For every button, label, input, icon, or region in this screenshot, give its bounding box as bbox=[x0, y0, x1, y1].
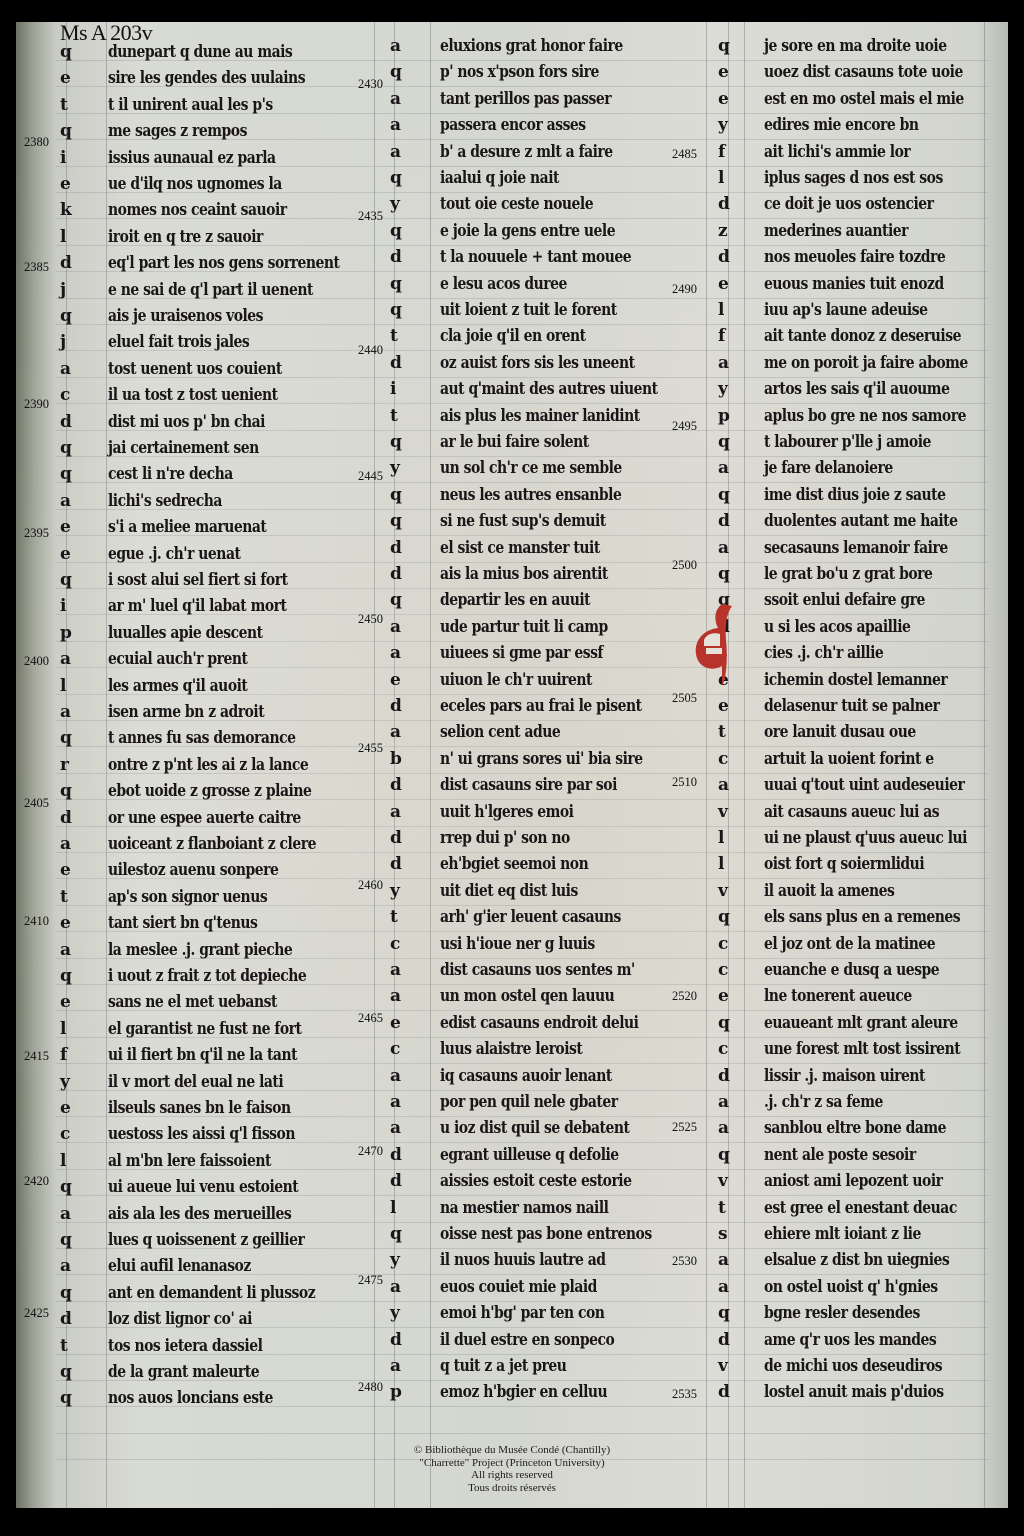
manuscript-line: ais plus les mainer lanidint bbox=[440, 406, 640, 426]
line-initial: z bbox=[718, 221, 728, 241]
manuscript-line: aniost ami lepozent uoir bbox=[764, 1171, 943, 1191]
manuscript-line: passera encor asses bbox=[440, 115, 586, 135]
manuscript-line: ui il fiert bn q'il ne la tant bbox=[108, 1045, 297, 1065]
manuscript-line: dist mi uos p' bn chai bbox=[108, 412, 265, 432]
line-initial: e bbox=[718, 62, 729, 82]
line-initial: d bbox=[60, 808, 72, 828]
manuscript-line: euos couiet mie plaid bbox=[440, 1277, 597, 1297]
copyright-line: All rights reserved bbox=[0, 1469, 1024, 1482]
line-number: 2450 bbox=[358, 612, 383, 627]
manuscript-line: por pen quil nele gbater bbox=[440, 1092, 618, 1112]
line-number: 2380 bbox=[24, 135, 49, 150]
manuscript-line: al m'bn lere faissoient bbox=[108, 1151, 271, 1171]
manuscript-line: na mestier namos naill bbox=[440, 1198, 608, 1218]
line-initial: a bbox=[390, 722, 401, 742]
line-initial: p bbox=[390, 1382, 402, 1402]
line-initial: a bbox=[390, 1356, 401, 1376]
manuscript-line: i sost alui sel fiert si fort bbox=[108, 570, 288, 590]
line-initial: y bbox=[60, 1072, 70, 1092]
manuscript-line: q tuit z a jet preu bbox=[440, 1356, 566, 1376]
line-initial: l bbox=[60, 1019, 66, 1039]
line-number: 2530 bbox=[672, 1254, 697, 1269]
line-initial: q bbox=[718, 564, 730, 584]
manuscript-line: p' nos x'pson fors sire bbox=[440, 62, 599, 82]
line-initial: q bbox=[390, 300, 402, 320]
line-initial: q bbox=[60, 781, 72, 801]
manuscript-line: aissies estoit ceste estorie bbox=[440, 1171, 631, 1191]
line-initial: q bbox=[60, 728, 72, 748]
line-initial: i bbox=[390, 379, 396, 399]
line-initial: d bbox=[390, 1145, 402, 1165]
folio-title: Ms A 203v bbox=[60, 20, 152, 46]
manuscript-line: e joie la gens entre uele bbox=[440, 221, 615, 241]
manuscript-line: lostel anuit mais p'duios bbox=[764, 1382, 944, 1402]
manuscript-line: uilestoz auenu sonpere bbox=[108, 860, 278, 880]
line-initial: d bbox=[60, 1309, 72, 1329]
manuscript-line: aut q'maint des autres uiuent bbox=[440, 379, 658, 399]
manuscript-line: la meslee .j. grant pieche bbox=[108, 940, 292, 960]
line-initial: d bbox=[718, 1382, 730, 1402]
manuscript-line: lues q uoissenent z geillier bbox=[108, 1230, 304, 1250]
line-initial: l bbox=[718, 828, 724, 848]
manuscript-line: de michi uos deseudiros bbox=[764, 1356, 942, 1376]
manuscript-line: lissir .j. maison uirent bbox=[764, 1066, 925, 1086]
line-initial: y bbox=[718, 379, 728, 399]
manuscript-line: delasenur tuit se palner bbox=[764, 696, 939, 716]
line-initial: a bbox=[60, 359, 71, 379]
manuscript-line: b' a desure z mlt a faire bbox=[440, 142, 613, 162]
manuscript-line: tos nos ietera dassiel bbox=[108, 1336, 262, 1356]
manuscript-line: iq casauns auoir lenant bbox=[440, 1066, 612, 1086]
line-initial: e bbox=[60, 992, 71, 1012]
line-initial: q bbox=[60, 438, 72, 458]
line-initial: t bbox=[60, 1336, 68, 1356]
line-initial: e bbox=[60, 517, 71, 537]
line-initial: e bbox=[390, 670, 401, 690]
manuscript-line: est gree el enestant deuac bbox=[764, 1198, 957, 1218]
line-initial: d bbox=[718, 194, 730, 214]
line-number: 2520 bbox=[672, 989, 697, 1004]
manuscript-line: euous manies tuit enozd bbox=[764, 274, 944, 294]
manuscript-line: je fare delanoiere bbox=[764, 458, 893, 478]
manuscript-line: ue d'ilq nos ugnomes la bbox=[108, 174, 282, 194]
line-initial: k bbox=[60, 200, 72, 220]
manuscript-line: me sages z rempos bbox=[108, 121, 247, 141]
line-initial: a bbox=[718, 1277, 729, 1297]
manuscript-line: e ne sai de q'l part il uenent bbox=[108, 280, 313, 300]
manuscript-line: je sore en ma droite uoie bbox=[764, 36, 947, 56]
red-initial-e-icon bbox=[692, 600, 738, 690]
line-initial: f bbox=[718, 326, 725, 346]
manuscript-line: ude partur tuit li camp bbox=[440, 617, 608, 637]
line-initial: b bbox=[390, 749, 402, 769]
manuscript-line: arh' g'ier leuent casauns bbox=[440, 907, 621, 927]
line-initial: q bbox=[60, 1388, 72, 1408]
line-number: 2535 bbox=[672, 1387, 697, 1402]
manuscript-line: ilseuls sanes bn le faison bbox=[108, 1098, 291, 1118]
line-initial: d bbox=[390, 1171, 402, 1191]
manuscript-line: ichemin dostel lemanner bbox=[764, 670, 947, 690]
manuscript-line: ui ne plaust q'uus aueuc lui bbox=[764, 828, 967, 848]
line-initial: c bbox=[718, 749, 728, 769]
line-initial: q bbox=[718, 485, 730, 505]
manuscript-line: t il unirent aual les p's bbox=[108, 95, 273, 115]
line-initial: d bbox=[718, 511, 730, 531]
line-number: 2395 bbox=[24, 526, 49, 541]
line-initial: d bbox=[390, 247, 402, 267]
manuscript-line: nent ale poste sesoir bbox=[764, 1145, 916, 1165]
manuscript-line: sanblou eltre bone dame bbox=[764, 1118, 946, 1138]
line-number: 2490 bbox=[672, 282, 697, 297]
line-initial: j bbox=[60, 280, 66, 300]
manuscript-line: est en mo ostel mais el mie bbox=[764, 89, 964, 109]
line-initial: v bbox=[718, 1356, 728, 1376]
line-number: 2480 bbox=[358, 1380, 383, 1395]
line-initial: v bbox=[718, 1171, 728, 1191]
manuscript-line: eluxions grat honor faire bbox=[440, 36, 623, 56]
line-initial: c bbox=[60, 385, 70, 405]
line-initial: c bbox=[718, 934, 728, 954]
manuscript-line: lichi's sedrecha bbox=[108, 491, 222, 511]
line-initial: d bbox=[390, 353, 402, 373]
manuscript-line: ssoit enlui defaire gre bbox=[764, 590, 925, 610]
manuscript-line: sans ne el met uebanst bbox=[108, 992, 277, 1012]
line-number: 2475 bbox=[358, 1273, 383, 1288]
line-initial: a bbox=[390, 643, 401, 663]
manuscript-line: uiuon le ch'r uuirent bbox=[440, 670, 592, 690]
manuscript-line: euaueant mlt grant aleure bbox=[764, 1013, 958, 1033]
line-initial: e bbox=[718, 696, 729, 716]
manuscript-line: dist casauns sire par soi bbox=[440, 775, 617, 795]
line-initial: a bbox=[390, 960, 401, 980]
line-initial: a bbox=[390, 1092, 401, 1112]
manuscript-line: artos les sais q'il auoume bbox=[764, 379, 949, 399]
line-initial: f bbox=[60, 1045, 67, 1065]
manuscript-line: oz auist fors sis les uneent bbox=[440, 353, 635, 373]
line-number: 2525 bbox=[672, 1120, 697, 1135]
line-initial: p bbox=[60, 623, 72, 643]
copyright-line: "Charrette" Project (Princeton Universit… bbox=[0, 1457, 1024, 1470]
line-initial: e bbox=[60, 1098, 71, 1118]
manuscript-line: un sol ch'r ce me semble bbox=[440, 458, 622, 478]
manuscript-line: iaalui q joie nait bbox=[440, 168, 559, 188]
line-initial: a bbox=[390, 1118, 401, 1138]
line-initial: q bbox=[60, 1362, 72, 1382]
line-number: 2415 bbox=[24, 1049, 49, 1064]
line-initial: d bbox=[718, 1066, 730, 1086]
line-initial: q bbox=[60, 1177, 72, 1197]
manuscript-line: ce doit je uos ostencier bbox=[764, 194, 934, 214]
line-number: 2410 bbox=[24, 914, 49, 929]
line-initial: q bbox=[60, 121, 72, 141]
line-initial: y bbox=[390, 458, 400, 478]
manuscript-line: el joz ont de la matinee bbox=[764, 934, 935, 954]
line-number: 2445 bbox=[358, 469, 383, 484]
manuscript-line: ame q'r uos les mandes bbox=[764, 1330, 936, 1350]
line-initial: q bbox=[390, 432, 402, 452]
line-initial: l bbox=[60, 227, 66, 247]
manuscript-line: edist casauns endroit delui bbox=[440, 1013, 638, 1033]
manuscript-line: i uout z frait z tot depieche bbox=[108, 966, 306, 986]
line-initial: a bbox=[390, 115, 401, 135]
manuscript-line: egue .j. ch'r uenat bbox=[108, 544, 240, 564]
line-initial: e bbox=[60, 174, 71, 194]
manuscript-line: iuu ap's laune adeuise bbox=[764, 300, 927, 320]
line-initial: q bbox=[60, 1230, 72, 1250]
line-initial: q bbox=[718, 36, 730, 56]
line-initial: d bbox=[390, 775, 402, 795]
manuscript-line: els sans plus en a remenes bbox=[764, 907, 960, 927]
manuscript-line: uuit h'lgeres emoi bbox=[440, 802, 573, 822]
line-initial: d bbox=[390, 696, 402, 716]
line-initial: a bbox=[390, 36, 401, 56]
line-initial: a bbox=[718, 1092, 729, 1112]
manuscript-line: cest li n're decha bbox=[108, 464, 233, 484]
line-initial: p bbox=[718, 406, 730, 426]
line-initial: a bbox=[60, 491, 71, 511]
manuscript-line: il nuos huuis lautre ad bbox=[440, 1250, 606, 1270]
line-initial: t bbox=[60, 887, 68, 907]
manuscript-line: or une espee auerte caitre bbox=[108, 808, 301, 828]
manuscript-line: oist fort q soiermlidui bbox=[764, 854, 924, 874]
line-initial: d bbox=[390, 828, 402, 848]
line-initial: a bbox=[390, 617, 401, 637]
manuscript-line: ontre z p'nt les ai z la lance bbox=[108, 755, 308, 775]
manuscript-line: u ioz dist quil se debatent bbox=[440, 1118, 629, 1138]
line-number: 2400 bbox=[24, 654, 49, 669]
manuscript-line: elsalue z dist bn uiegnies bbox=[764, 1250, 949, 1270]
manuscript-line: tout oie ceste nouele bbox=[440, 194, 593, 214]
line-number: 2470 bbox=[358, 1144, 383, 1159]
line-initial: q bbox=[60, 570, 72, 590]
line-initial: y bbox=[390, 194, 400, 214]
manuscript-line: on ostel uoist q' h'gnies bbox=[764, 1277, 938, 1297]
copyright-line: © Bibliothèque du Musée Condé (Chantilly… bbox=[0, 1444, 1024, 1457]
line-initial: d bbox=[390, 564, 402, 584]
line-initial: r bbox=[60, 755, 69, 775]
manuscript-line: ui aueue lui venu estoient bbox=[108, 1177, 298, 1197]
line-initial: q bbox=[390, 1224, 402, 1244]
line-initial: d bbox=[718, 1330, 730, 1350]
line-initial: v bbox=[718, 802, 728, 822]
line-initial: c bbox=[390, 1039, 400, 1059]
line-initial: f bbox=[718, 142, 725, 162]
manuscript-line: egrant uilleuse q defolie bbox=[440, 1145, 619, 1165]
line-initial: q bbox=[390, 485, 402, 505]
manuscript-line: uit loient z tuit le forent bbox=[440, 300, 617, 320]
line-initial: t bbox=[390, 326, 398, 346]
line-initial: t bbox=[390, 907, 398, 927]
line-initial: t bbox=[718, 1198, 726, 1218]
manuscript-line: ait casauns aueuc lui as bbox=[764, 802, 939, 822]
line-initial: q bbox=[390, 274, 402, 294]
line-initial: q bbox=[718, 1303, 730, 1323]
line-initial: c bbox=[718, 960, 728, 980]
line-initial: d bbox=[718, 247, 730, 267]
manuscript-line: dist casauns uos sentes m' bbox=[440, 960, 635, 980]
manuscript-line: ime dist dius joie z saute bbox=[764, 485, 946, 505]
manuscript-line: euanche e dusq a uespe bbox=[764, 960, 939, 980]
line-initial: a bbox=[718, 353, 729, 373]
line-initial: t bbox=[60, 95, 68, 115]
line-initial: a bbox=[718, 538, 729, 558]
manuscript-line: ar m' luel q'il labat mort bbox=[108, 596, 286, 616]
manuscript-line: eh'bgiet seemoi non bbox=[440, 854, 588, 874]
line-initial: e bbox=[718, 986, 729, 1006]
line-initial: a bbox=[60, 940, 71, 960]
manuscript-line: nos meuoles faire tozdre bbox=[764, 247, 945, 267]
line-initial: d bbox=[390, 1330, 402, 1350]
line-initial: j bbox=[60, 332, 66, 352]
line-number: 2385 bbox=[24, 260, 49, 275]
manuscript-line: si ne fust sup's demuit bbox=[440, 511, 606, 531]
manuscript-line: ant en demandent li plussoz bbox=[108, 1283, 315, 1303]
line-initial: e bbox=[60, 913, 71, 933]
manuscript-line: oisse nest pas bone entrenos bbox=[440, 1224, 652, 1244]
manuscript-line: ait tante donoz z deseruise bbox=[764, 326, 961, 346]
manuscript-line: n' ui grans sores ui' bia sire bbox=[440, 749, 643, 769]
manuscript-line: e lesu acos duree bbox=[440, 274, 567, 294]
manuscript-line: une forest mlt tost issirent bbox=[764, 1039, 960, 1059]
line-initial: q bbox=[718, 1013, 730, 1033]
line-initial: q bbox=[718, 432, 730, 452]
line-initial: q bbox=[390, 168, 402, 188]
line-initial: a bbox=[60, 834, 71, 854]
line-number: 2495 bbox=[672, 419, 697, 434]
manuscript-line: usi h'ioue ner g luuis bbox=[440, 934, 595, 954]
manuscript-line: ais je uraisenos voles bbox=[108, 306, 263, 326]
manuscript-line: ebot uoide z grosse z plaine bbox=[108, 781, 311, 801]
line-initial: l bbox=[390, 1198, 396, 1218]
manuscript-line: uiuees si gme par essf bbox=[440, 643, 603, 663]
line-initial: a bbox=[60, 702, 71, 722]
line-initial: q bbox=[60, 306, 72, 326]
manuscript-line: jai certainement sen bbox=[108, 438, 259, 458]
line-number: 2420 bbox=[24, 1174, 49, 1189]
manuscript-line: bgne resler desendes bbox=[764, 1303, 920, 1323]
line-initial: c bbox=[390, 934, 400, 954]
manuscript-line: el garantist ne fust ne fort bbox=[108, 1019, 301, 1039]
manuscript-line: elui aufil lenanasoz bbox=[108, 1256, 251, 1276]
line-number: 2505 bbox=[672, 691, 697, 706]
manuscript-line: tant perillos pas passer bbox=[440, 89, 611, 109]
manuscript-line: ehiere mlt ioiant z lie bbox=[764, 1224, 921, 1244]
line-initial: q bbox=[390, 62, 402, 82]
line-initial: a bbox=[718, 1250, 729, 1270]
manuscript-line: artuit la uoient forint e bbox=[764, 749, 934, 769]
manuscript-line: ais la mius bos airentit bbox=[440, 564, 608, 584]
line-initial: e bbox=[390, 1013, 401, 1033]
line-number: 2500 bbox=[672, 558, 697, 573]
manuscript-line: ait lichi's ammie lor bbox=[764, 142, 910, 162]
manuscript-line: il ua tost z tost uenient bbox=[108, 385, 278, 405]
line-initial: e bbox=[718, 274, 729, 294]
manuscript-line: el sist ce manster tuit bbox=[440, 538, 600, 558]
manuscript-line: eq'l part les nos gens sorrenent bbox=[108, 253, 339, 273]
line-number: 2435 bbox=[358, 209, 383, 224]
line-initial: a bbox=[718, 458, 729, 478]
manuscript-line: isen arme bn z adroit bbox=[108, 702, 264, 722]
line-number: 2460 bbox=[358, 878, 383, 893]
line-initial: v bbox=[718, 881, 728, 901]
manuscript-line: mederines auantier bbox=[764, 221, 908, 241]
manuscript-line: rrep dui p' son no bbox=[440, 828, 570, 848]
line-number: 2455 bbox=[358, 741, 383, 756]
manuscript-line: cies .j. ch'r aillie bbox=[764, 643, 883, 663]
line-initial: l bbox=[60, 676, 66, 696]
manuscript-line: loz dist lignor co' ai bbox=[108, 1309, 252, 1329]
line-initial: q bbox=[390, 590, 402, 610]
manuscript-line: selion cent adue bbox=[440, 722, 560, 742]
manuscript-line: emoi h'bg' par ten con bbox=[440, 1303, 604, 1323]
line-initial: a bbox=[390, 1066, 401, 1086]
manuscript-line: uestoss les aissi q'l fisson bbox=[108, 1124, 295, 1144]
manuscript-line: emoz h'bgier en celluu bbox=[440, 1382, 607, 1402]
manuscript-line: duolentes autant me haite bbox=[764, 511, 958, 531]
line-initial: q bbox=[60, 464, 72, 484]
manuscript-line: uit diet eq dist luis bbox=[440, 881, 578, 901]
line-initial: t bbox=[390, 406, 398, 426]
manuscript-line: t la nouuele + tant mouee bbox=[440, 247, 631, 267]
manuscript-line: aplus bo gre ne nos samore bbox=[764, 406, 966, 426]
manuscript-line: issius aunaual ez parla bbox=[108, 148, 276, 168]
line-initial: l bbox=[718, 854, 724, 874]
line-initial: a bbox=[718, 1118, 729, 1138]
manuscript-line: uoiceant z flanboiant z clere bbox=[108, 834, 316, 854]
line-initial: a bbox=[390, 142, 401, 162]
line-number: 2405 bbox=[24, 796, 49, 811]
line-initial: a bbox=[390, 1277, 401, 1297]
line-number: 2440 bbox=[358, 343, 383, 358]
line-initial: y bbox=[390, 1303, 400, 1323]
manuscript-line: uoez dist casauns tote uoie bbox=[764, 62, 963, 82]
manuscript-line: luus alaistre leroist bbox=[440, 1039, 582, 1059]
line-initial: d bbox=[60, 412, 72, 432]
manuscript-line: ore lanuit dusau oue bbox=[764, 722, 916, 742]
manuscript-line: departir les en auuit bbox=[440, 590, 590, 610]
copyright-notice: © Bibliothèque du Musée Condé (Chantilly… bbox=[0, 1444, 1024, 1494]
line-number: 2430 bbox=[358, 77, 383, 92]
manuscript-line: un mon ostel qen lauuu bbox=[440, 986, 614, 1006]
manuscript-line: cla joie q'il en orent bbox=[440, 326, 586, 346]
manuscript-line: eceles pars au frai le pisent bbox=[440, 696, 642, 716]
line-initial: q bbox=[390, 221, 402, 241]
manuscript-line: secasauns lemanoir faire bbox=[764, 538, 948, 558]
line-initial: d bbox=[390, 854, 402, 874]
manuscript-line: luualles apie descent bbox=[108, 623, 263, 643]
line-number: 2425 bbox=[24, 1306, 49, 1321]
line-initial: e bbox=[60, 860, 71, 880]
line-initial: t bbox=[718, 722, 726, 742]
manuscript-line: t annes fu sas demorance bbox=[108, 728, 295, 748]
line-initial: q bbox=[718, 1145, 730, 1165]
line-initial: l bbox=[718, 300, 724, 320]
line-initial: q bbox=[60, 1283, 72, 1303]
manuscript-line: neus les autres ensanble bbox=[440, 485, 621, 505]
line-initial: e bbox=[718, 89, 729, 109]
manuscript-line: uuai q'tout uint audeseuier bbox=[764, 775, 964, 795]
line-initial: a bbox=[390, 89, 401, 109]
line-initial: y bbox=[390, 881, 400, 901]
manuscript-line: nos auos loncians este bbox=[108, 1388, 273, 1408]
line-initial: y bbox=[390, 1250, 400, 1270]
line-initial: a bbox=[390, 802, 401, 822]
line-number: 2510 bbox=[672, 775, 697, 790]
line-initial: l bbox=[718, 168, 724, 188]
manuscript-line: t labourer p'lle j amoie bbox=[764, 432, 931, 452]
manuscript-line: il auoit la amenes bbox=[764, 881, 894, 901]
manuscript-line: iplus sages d nos est sos bbox=[764, 168, 943, 188]
